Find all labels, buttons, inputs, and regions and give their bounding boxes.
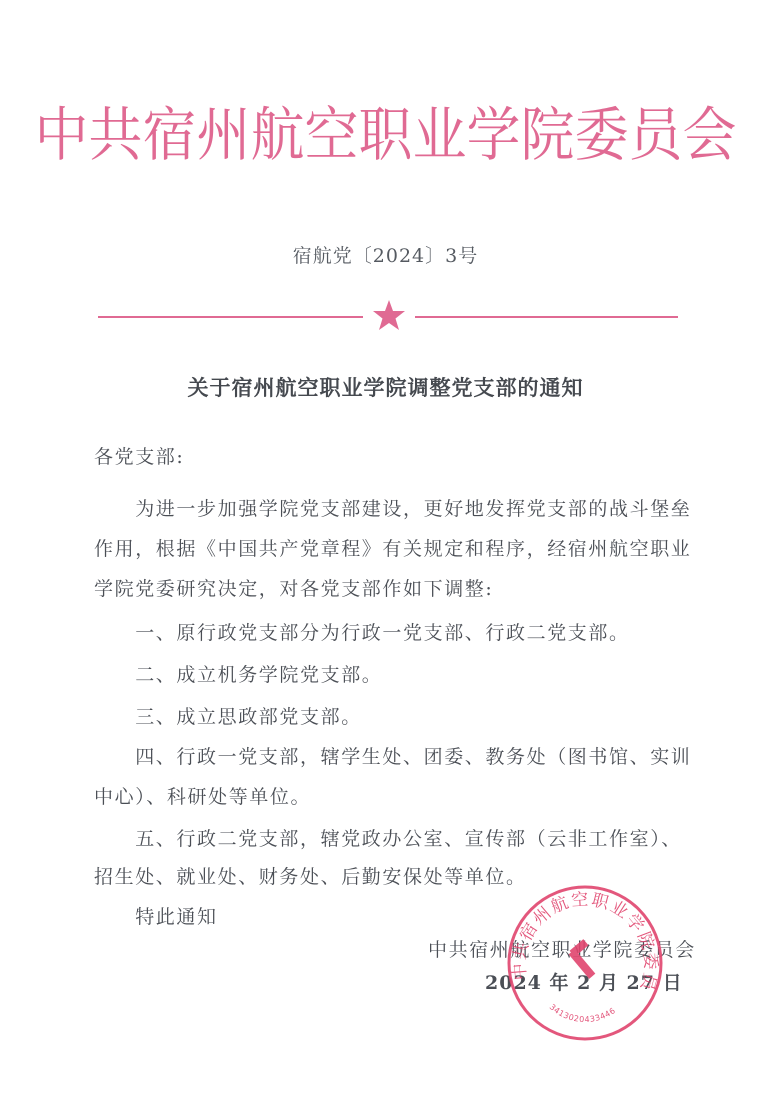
- svg-text:中共宿州航空职业学院委员会: 中共宿州航空职业学院委员会: [506, 884, 660, 994]
- issuing-authority-header: 中共宿州航空职业学院委员会: [0, 89, 771, 172]
- item-one: 一、原行政党支部分为行政一党支部、行政二党支部。: [94, 614, 684, 652]
- divider-left: [98, 316, 363, 318]
- star-icon: [372, 298, 406, 332]
- notice-title: 关于宿州航空职业学院调整党支部的通知: [0, 372, 771, 402]
- svg-text:3413020433446: 3413020433446: [548, 1002, 618, 1024]
- body-line: 作用，根据《中国共产党章程》有关规定和程序，经宿州航空职业: [94, 530, 684, 568]
- divider-right: [415, 316, 678, 318]
- official-seal-icon: 中共宿州航空职业学院委员会 3413020433446: [506, 884, 664, 1042]
- item-two: 二、成立机务学院党支部。: [94, 656, 684, 694]
- body-line: 学院党委研究决定，对各党支部作如下调整:: [94, 570, 684, 608]
- item-four-cont: 中心）、科研处等单位。: [94, 778, 684, 816]
- document-number: 宿航党〔2024〕3号: [0, 241, 771, 268]
- salutation: 各党支部:: [94, 438, 684, 476]
- item-five: 五、行政二党支部，辖党政办公室、宣传部（云非工作室）、: [94, 820, 684, 858]
- item-four: 四、行政一党支部，辖学生处、团委、教务处（图书馆、实训: [94, 738, 684, 776]
- body-line: 为进一步加强学院党支部建设，更好地发挥党支部的战斗堡垒: [94, 490, 684, 528]
- item-three: 三、成立思政部党支部。: [94, 698, 684, 736]
